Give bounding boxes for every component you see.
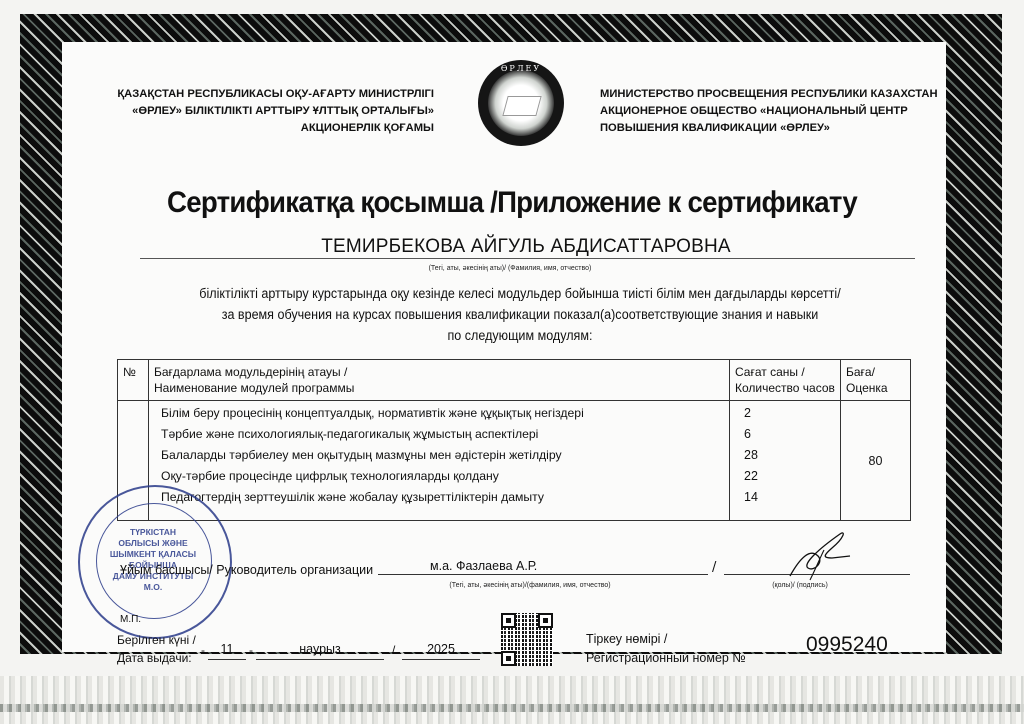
intro-line: за время обучения на курсах повышения кв… [167, 304, 874, 325]
issue-day: 11 [208, 642, 246, 660]
recipient-name: ТЕМИРБЕКОВА АЙГУЛЬ АБДИСАТТАРОВНА [316, 236, 736, 258]
logo-text: ӨРЛЕУ [478, 64, 564, 73]
module-cell: Білім беру процесінің концептуалдық, нор… [149, 401, 730, 521]
col-number-header: № [118, 360, 149, 401]
org-name-ru: МИНИСТЕРСТВО ПРОСВЕЩЕНИЯ РЕСПУБЛИКИ КАЗА… [600, 86, 940, 137]
modules-table: № Бағдарлама модульдерінің атауы / Наиме… [117, 359, 911, 521]
org-ru-line: АКЦИОНЕРНОЕ ОБЩЕСТВО «НАЦИОНАЛЬНЫЙ ЦЕНТР [600, 103, 940, 120]
document-title: Сертификатқа қосымша /Приложение к серти… [41, 186, 983, 220]
signatory-name: м.а. Фазлаева А.Р. [430, 559, 537, 573]
signatory-name-caption: (Тегі, аты, әкесінің аты)/(фамилия, имя,… [380, 582, 680, 589]
org-kz-line: ҚАЗАҚСТАН РЕСПУБЛИКАСЫ ОҚУ-АҒАРТУ МИНИСТ… [108, 86, 434, 103]
separator-slash: / [712, 560, 716, 575]
org-name-kz: ҚАЗАҚСТАН РЕСПУБЛИКАСЫ ОҚУ-АҒАРТУ МИНИСТ… [108, 86, 434, 137]
hours-value: 14 [730, 487, 840, 508]
signature-caption: (қолы)/ (подпись) [760, 582, 840, 589]
table-header-row: № Бағдарлама модульдерінің атауы / Наиме… [118, 360, 911, 401]
hours-value: 22 [730, 466, 840, 487]
open-book-emblem-icon [502, 96, 541, 116]
official-stamp: ТҮРКІСТАН ОБЛЫСЫ ЖӘНЕ ШЫМКЕНТ ҚАЛАСЫ БОЙ… [78, 485, 232, 639]
intro-line: біліктілікті арттыру курстарында оқу кез… [167, 283, 874, 304]
col-module-header: Бағдарлама модульдерінің атауы / Наимено… [149, 360, 730, 401]
registration-number: 0995240 [806, 633, 888, 657]
table-row: Балаларды тәрбиелеу мен оқытудың мазмұны… [149, 445, 729, 466]
qr-code-icon[interactable] [501, 613, 553, 666]
org-ru-line: МИНИСТЕРСТВО ПРОСВЕЩЕНИЯ РЕСПУБЛИКИ КАЗА… [600, 86, 940, 103]
stamp-text: ТҮРКІСТАН ОБЛЫСЫ ЖӘНЕ ШЫМКЕНТ ҚАЛАСЫ БОЙ… [94, 527, 212, 593]
org-kz-line: АКЦИОНЕРЛІК ҚОҒАМЫ [108, 120, 434, 137]
issue-date-label: Берілген күні / Дата выдачи: [117, 631, 196, 667]
issue-month: наурыз [256, 642, 384, 660]
date-dash: - [249, 643, 253, 657]
seal-place-label: М.П. [120, 614, 141, 625]
intro-text: біліктілікті арттыру курстарында оқу кез… [167, 283, 874, 346]
signatory-name-line [378, 574, 708, 575]
grade-value: 80 [841, 401, 911, 521]
date-slash: / [392, 643, 395, 657]
date-dash: - [201, 643, 205, 657]
org-ru-line: ПОВЫШЕНИЯ КВАЛИФИКАЦИИ «ӨРЛЕУ» [600, 120, 940, 137]
table-row: Тәрбие және психологиялық-педагогикалық … [149, 424, 729, 445]
hours-value: 28 [730, 445, 840, 466]
handwritten-signature-icon [780, 528, 860, 583]
table-row: Оқу-тәрбие процесінде цифрлық технология… [149, 466, 729, 487]
signatory-label: Ұйым басшысы/ Руководитель организации [120, 563, 373, 577]
issue-year: 2025 [402, 642, 480, 660]
hours-value: 2 [730, 403, 840, 424]
scan-edge-strip [0, 676, 1024, 724]
table-row: Педагогтердің зерттеушілік және жобалау … [149, 487, 729, 508]
col-grade-header: Баға/ Оценка [841, 360, 911, 401]
table-row: Білім беру процесінің концептуалдық, нор… [149, 403, 729, 424]
orleu-logo: ӨРЛЕУ [478, 60, 564, 146]
hours-value: 6 [730, 424, 840, 445]
registration-label: Тіркеу нөмірі / Регистрационный номер № [586, 630, 746, 668]
org-kz-line: «ӨРЛЕУ» БІЛІКТІЛІКТІ АРТТЫРУ ҰЛТТЫҚ ОРТА… [108, 103, 434, 120]
hours-cell: 2 6 28 22 14 [730, 401, 841, 521]
name-underline [140, 258, 915, 259]
col-hours-header: Сағат саны / Количество часов [730, 360, 841, 401]
recipient-name-caption: (Тегі, аты, әкесінің аты)/ (Фамилия, имя… [300, 265, 720, 272]
intro-line: по следующим модулям: [167, 325, 874, 346]
table-body-row: Білім беру процесінің концептуалдық, нор… [118, 401, 911, 521]
